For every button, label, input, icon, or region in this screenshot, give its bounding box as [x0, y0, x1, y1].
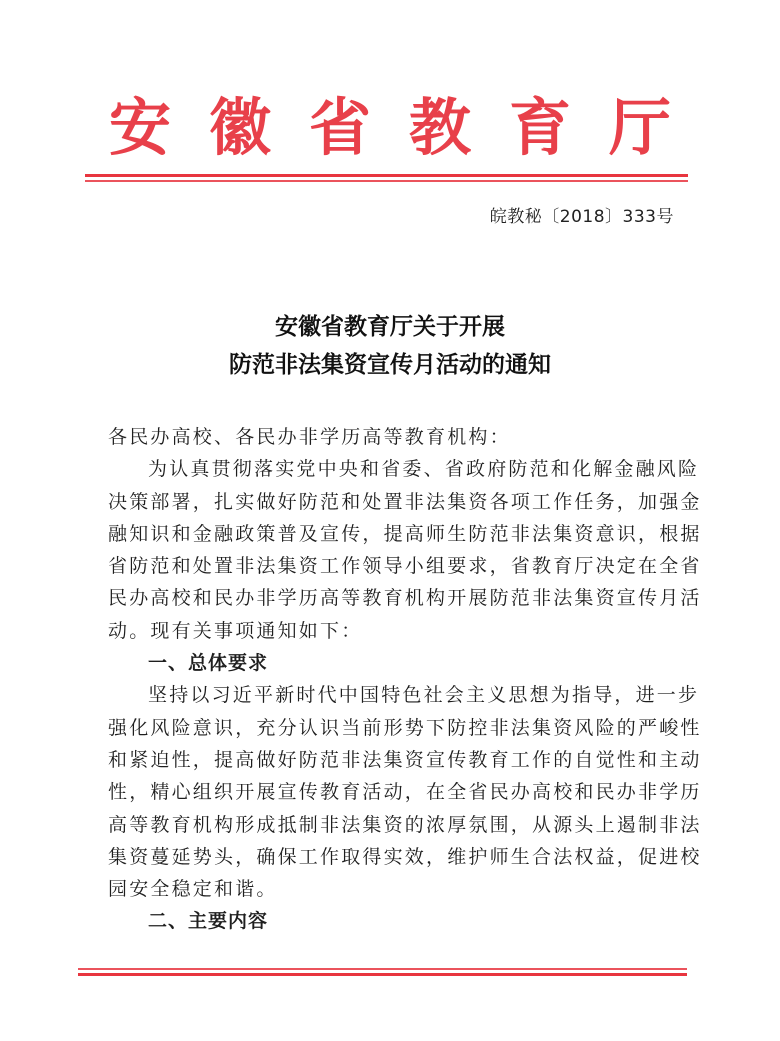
paragraph-line: 坚持以习近平新时代中国特色社会主义思想为指导，进一步 — [108, 679, 668, 711]
paragraph-line: 和紧迫性，提高做好防范非法集资宣传教育工作的自觉性和主动 — [108, 744, 668, 776]
title-line-1: 安徽省教育厅关于开展 — [0, 308, 780, 346]
document-title: 安徽省教育厅关于开展 防范非法集资宣传月活动的通知 — [0, 308, 780, 384]
paragraph-line: 集资蔓延势头，确保工作取得实效，维护师生合法权益，促进校 — [108, 841, 668, 873]
paragraph-line: 省防范和处置非法集资工作领导小组要求，省教育厅决定在全省 — [108, 550, 668, 582]
paragraph-line: 融知识和金融政策普及宣传，提高师生防范非法集资意识，根据 — [108, 518, 668, 550]
issuer-masthead: 安徽省教育厅 — [0, 88, 780, 168]
title-line-2: 防范非法集资宣传月活动的通知 — [0, 346, 780, 384]
section-heading-1: 一、总体要求 — [108, 647, 668, 679]
rule-thick-line — [85, 174, 688, 177]
document-number: 皖教秘〔2018〕333号 — [490, 202, 674, 227]
paragraph-line: 动。现有关事项通知如下： — [108, 615, 668, 647]
paragraph-line: 高等教育机构形成抵制非法集资的浓厚氛围，从源头上遏制非法 — [108, 809, 668, 841]
footer-red-rule — [78, 968, 687, 978]
paragraph-line: 民办高校和民办非学历高等教育机构开展防范非法集资宣传月活 — [108, 582, 668, 614]
paragraph-line: 园安全稳定和谐。 — [108, 873, 668, 905]
paragraph-line: 为认真贯彻落实党中央和省委、省政府防范和化解金融风险 — [108, 453, 668, 485]
salutation: 各民办高校、各民办非学历高等教育机构： — [108, 421, 668, 453]
rule-thin-line — [85, 180, 688, 182]
paragraph-line: 性，精心组织开展宣传教育活动，在全省民办高校和民办非学历 — [108, 776, 668, 808]
document-body: 各民办高校、各民办非学历高等教育机构： 为认真贯彻落实党中央和省委、省政府防范和… — [108, 421, 668, 938]
rule-thin-line — [78, 968, 687, 970]
rule-thick-line — [78, 973, 687, 976]
masthead-red-rule — [85, 174, 688, 183]
paragraph-line: 决策部署，扎实做好防范和处置非法集资各项工作任务，加强金 — [108, 486, 668, 518]
paragraph-line: 强化风险意识，充分认识当前形势下防控非法集资风险的严峻性 — [108, 712, 668, 744]
section-heading-2: 二、主要内容 — [108, 905, 668, 937]
